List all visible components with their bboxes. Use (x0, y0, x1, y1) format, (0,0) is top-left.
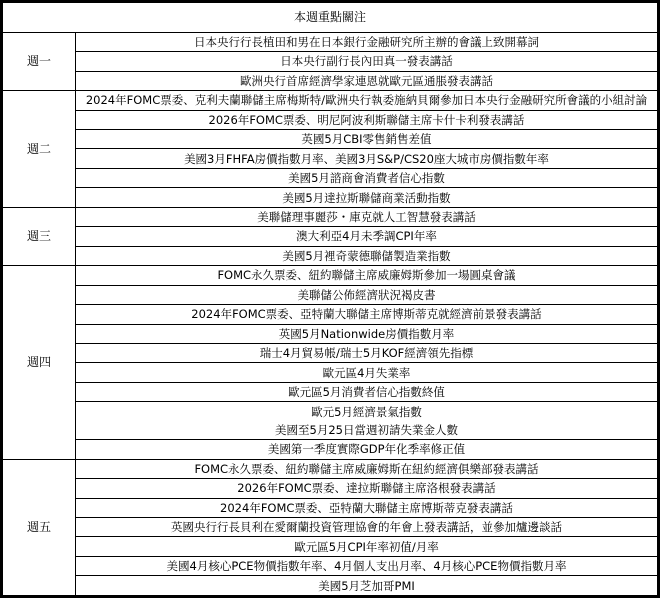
table-header-row: 本週重點關注 (2, 2, 659, 33)
table-row: 美聯儲公佈經濟狀況褐皮書 (2, 285, 659, 304)
event-cell: 歐元區5月CPI年率初值/月率 (76, 537, 659, 556)
table-row: 歐洲央行首席經濟學家連恩就歐元區通脹發表講話 (2, 71, 659, 90)
table-row: 英國5月CBI零售銷售差值 (2, 129, 659, 148)
event-cell: 歐元區5月消費者信心指數終值 (76, 382, 659, 401)
event-cell: 美國5月諮商會消費者信心指數 (76, 168, 659, 187)
event-cell: 瑞士4月貿易帳/瑞士5月KOF經濟領先指標 (76, 343, 659, 362)
event-cell: 2026年FOMC票委、達拉斯聯儲主席洛根發表講話 (76, 479, 659, 498)
event-cell: 美聯儲公佈經濟狀況褐皮書 (76, 285, 659, 304)
table-row: 歐元區4月失業率 (2, 363, 659, 382)
event-cell: 美國5月裡奇蒙德聯儲製造業指數 (76, 246, 659, 265)
table-row: 美國5月諮商會消費者信心指數 (2, 168, 659, 187)
event-cell: 美國5月達拉斯聯儲商業活動指數 (76, 188, 659, 207)
event-cell: 2026年FOMC票委、明尼阿波利斯聯儲主席卡什卡利發表講話 (76, 110, 659, 129)
table-row: 歐元區5月消費者信心指數終值 (2, 382, 659, 401)
table-row: 週五 FOMC永久票委、紐約聯儲主席威廉姆斯在紐約經濟俱樂部發表講話 (2, 459, 659, 478)
table-row: 2024年FOMC票委、亞特蘭大聯儲主席博斯蒂克發表講話 (2, 498, 659, 517)
weekly-schedule-document: 本週重點關注 週一 日本央行行長植田和男在日本銀行金融研究所主辦的會議上致開幕詞… (0, 0, 660, 599)
day-label-monday: 週一 (2, 32, 76, 90)
table-row: 週一 日本央行行長植田和男在日本銀行金融研究所主辦的會議上致開幕詞 (2, 32, 659, 51)
event-cell: 歐洲央行首席經濟學家連恩就歐元區通脹發表講話 (76, 71, 659, 90)
event-cell: 美國第一季度實際GDP年化季率修正值 (76, 440, 659, 459)
table-row: 週四 FOMC永久票委、紐約聯儲主席威廉姆斯參加一場圓桌會議 (2, 266, 659, 285)
table-row: 週二 2024年FOMC票委、克利夫蘭聯儲主席梅斯特/歐洲央行執委施納貝爾參加日… (2, 91, 659, 110)
event-cell: 美國至5月25日當週初請失業金人數 (76, 421, 659, 440)
table-row: 2026年FOMC票委、明尼阿波利斯聯儲主席卡什卡利發表講話 (2, 110, 659, 129)
event-cell: FOMC永久票委、紐約聯儲主席威廉姆斯在紐約經濟俱樂部發表講話 (76, 459, 659, 478)
event-cell: 英國央行行長貝利在愛爾蘭投資管理協會的年會上發表講話，並參加爐邊談話 (76, 518, 659, 537)
event-cell: 英國5月CBI零售銷售差值 (76, 129, 659, 148)
table-row: 英國央行行長貝利在愛爾蘭投資管理協會的年會上發表講話，並參加爐邊談話 (2, 518, 659, 537)
day-label-friday: 週五 (2, 459, 76, 596)
table-row: 瑞士4月貿易帳/瑞士5月KOF經濟領先指標 (2, 343, 659, 362)
event-cell: 日本央行副行長內田真一發表講話 (76, 52, 659, 71)
event-cell: 歐元5月經濟景氣指數 (76, 402, 659, 421)
table-row: 澳大利亞4月未季調CPI年率 (2, 227, 659, 246)
table-row: 2026年FOMC票委、達拉斯聯儲主席洛根發表講話 (2, 479, 659, 498)
event-cell: 2024年FOMC票委、亞特蘭大聯儲主席博斯蒂克就經濟前景發表講話 (76, 305, 659, 324)
table-row: 英國5月Nationwide房價指數月率 (2, 324, 659, 343)
table-row: 美國5月達拉斯聯儲商業活動指數 (2, 188, 659, 207)
table-row: 美國至5月25日當週初請失業金人數 (2, 421, 659, 440)
event-cell: 日本央行行長植田和男在日本銀行金融研究所主辦的會議上致開幕詞 (76, 32, 659, 51)
event-cell: 美聯儲理事麗莎・庫克就人工智慧發表講話 (76, 207, 659, 226)
event-cell: 美國3月FHFA房價指數月率、美國3月S&P/CS20座大城市房價指數年率 (76, 149, 659, 168)
day-label-tuesday: 週二 (2, 91, 76, 208)
event-cell: 美國4月核心PCE物價指數年率、4月個人支出月率、4月核心PCE物價指數月率 (76, 556, 659, 575)
table-row: 美國5月芝加哥PMI (2, 576, 659, 597)
table-row: 美國3月FHFA房價指數月率、美國3月S&P/CS20座大城市房價指數年率 (2, 149, 659, 168)
table-row: 歐元5月經濟景氣指數 (2, 402, 659, 421)
event-cell: 2024年FOMC票委、亞特蘭大聯儲主席博斯蒂克發表講話 (76, 498, 659, 517)
table-row: 美國4月核心PCE物價指數年率、4月個人支出月率、4月核心PCE物價指數月率 (2, 556, 659, 575)
event-cell: 2024年FOMC票委、克利夫蘭聯儲主席梅斯特/歐洲央行執委施納貝爾參加日本央行… (76, 91, 659, 110)
table-row: 週三 美聯儲理事麗莎・庫克就人工智慧發表講話 (2, 207, 659, 226)
event-cell: FOMC永久票委、紐約聯儲主席威廉姆斯參加一場圓桌會議 (76, 266, 659, 285)
table-row: 歐元區5月CPI年率初值/月率 (2, 537, 659, 556)
table-row: 日本央行副行長內田真一發表講話 (2, 52, 659, 71)
event-cell: 英國5月Nationwide房價指數月率 (76, 324, 659, 343)
event-cell: 歐元區4月失業率 (76, 363, 659, 382)
table-row: 美國5月裡奇蒙德聯儲製造業指數 (2, 246, 659, 265)
table-title: 本週重點關注 (2, 2, 659, 33)
event-cell: 美國5月芝加哥PMI (76, 576, 659, 597)
table-row: 2024年FOMC票委、亞特蘭大聯儲主席博斯蒂克就經濟前景發表講話 (2, 305, 659, 324)
event-cell: 澳大利亞4月未季調CPI年率 (76, 227, 659, 246)
table-row: 美國第一季度實際GDP年化季率修正值 (2, 440, 659, 459)
weekly-focus-table: 本週重點關注 週一 日本央行行長植田和男在日本銀行金融研究所主辦的會議上致開幕詞… (0, 0, 660, 598)
day-label-thursday: 週四 (2, 266, 76, 460)
day-label-wednesday: 週三 (2, 207, 76, 265)
